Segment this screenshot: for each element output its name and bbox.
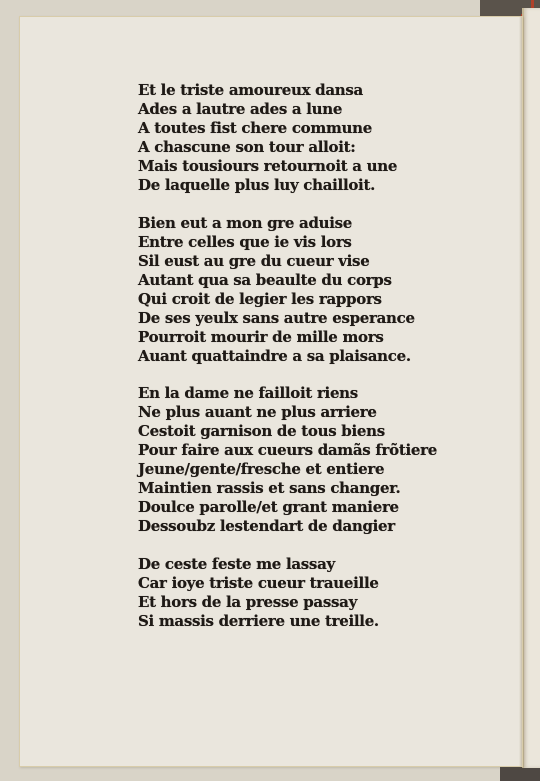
verse-line: A chascune son tour alloit:	[138, 138, 438, 157]
verse-line: Si massis derriere une treille.	[138, 612, 438, 631]
verse-line: Qui croit de legier les rappors	[138, 290, 438, 309]
stanza-1: Et le triste amoureux dansa Ades a lautr…	[138, 81, 438, 195]
verse-line: A toutes fist chere commune	[138, 119, 438, 138]
verse-line: Auant quattaindre a sa plaisance.	[138, 347, 438, 366]
verse-line: De ses yeulx sans autre esperance	[138, 309, 438, 328]
poem-text: Et le triste amoureux dansa Ades a lautr…	[138, 81, 438, 649]
verse-line: De laquelle plus luy chailloit.	[138, 176, 438, 195]
verse-line: Dessoubz lestendart de dangier	[138, 517, 438, 536]
verse-line: Maintien rassis et sans changer.	[138, 479, 438, 498]
verse-line: De ceste feste me lassay	[138, 555, 438, 574]
verse-line: Pour faire aux cueurs damãs frõtiere	[138, 441, 438, 460]
verse-line: Et hors de la presse passay	[138, 593, 438, 612]
verse-line: Car ioye triste cueur traueille	[138, 574, 438, 593]
verse-line: Jeune/gente/fresche et entiere	[138, 460, 438, 479]
verse-line: Doulce parolle/et grant maniere	[138, 498, 438, 517]
verse-line: Pourroit mourir de mille mors	[138, 328, 438, 347]
stanza-3: En la dame ne failloit riens Ne plus aua…	[138, 384, 438, 536]
verse-line: En la dame ne failloit riens	[138, 384, 438, 403]
verse-line: Mais tousiours retournoit a une	[138, 157, 438, 176]
backdrop-bottom	[500, 766, 540, 781]
stanza-4: De ceste feste me lassay Car ioye triste…	[138, 555, 438, 631]
verse-line: Cestoit garnison de tous biens	[138, 422, 438, 441]
verse-line: Sil eust au gre du cueur vise	[138, 252, 438, 271]
verse-line: Ne plus auant ne plus arriere	[138, 403, 438, 422]
verse-line: Autant qua sa beaulte du corps	[138, 271, 438, 290]
stanza-2: Bien eut a mon gre aduise Entre celles q…	[138, 214, 438, 366]
verse-line: Entre celles que ie vis lors	[138, 233, 438, 252]
verse-line: Ades a lautre ades a lune	[138, 100, 438, 119]
verse-line: Et le triste amoureux dansa	[138, 81, 438, 100]
adjacent-page-edge	[522, 8, 540, 768]
verse-line: Bien eut a mon gre aduise	[138, 214, 438, 233]
